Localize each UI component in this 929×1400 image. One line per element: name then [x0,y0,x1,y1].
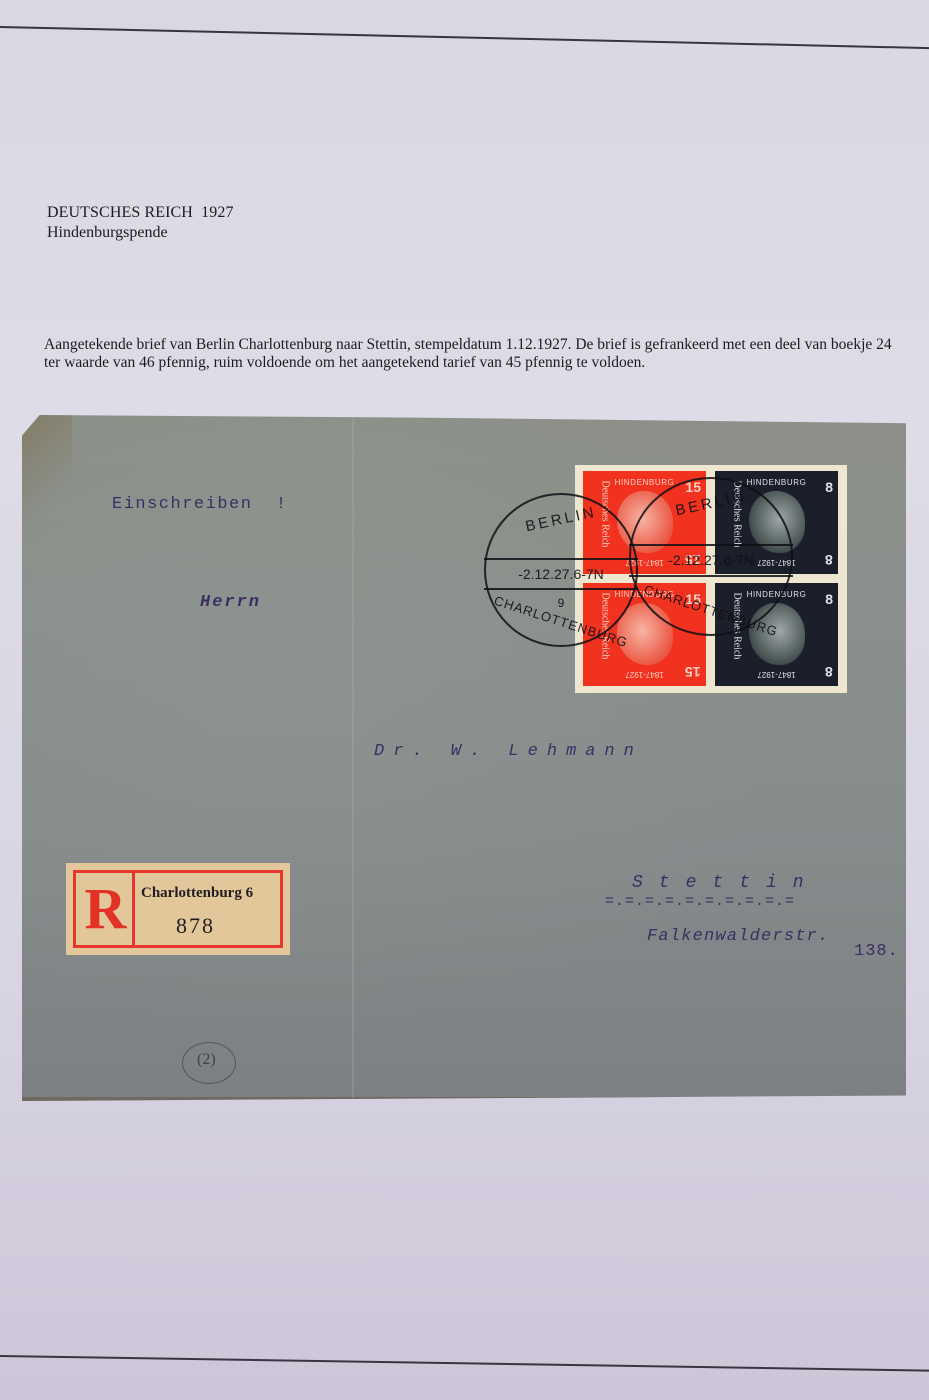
album-page-top-rule [0,26,929,49]
address-city: Stettin [632,873,820,893]
description-text: Aangetekende brief van Berlin Charlotten… [44,336,904,372]
postmark-date: -2.12.27.6-7N [486,566,636,582]
pencil-mark: (2) [182,1042,236,1084]
registration-number: 878 [176,913,215,939]
address-street: Falkenwalderstr. [647,927,829,946]
stamp-years: 1847-1927 [715,670,838,679]
envelope-fold [22,415,72,535]
postmark-left: BERLIN -2.12.27.6-7N 9 CHARLOTTENBURG [484,493,638,647]
page-subtitle: Hindenburgspende [47,223,234,243]
salutation-text: Herrn [200,593,261,612]
postmark-city: BERLIN [486,496,636,544]
stamp-value: 8 [825,591,833,607]
album-page-bottom-rule [0,1355,929,1372]
pencil-mark-text: (2) [197,1051,216,1069]
postmark-right: BERLIN -2.12.27.6-7N CHARLOTTENBURG [629,477,793,636]
addressee-name: Dr. W. Lehmann [374,742,643,761]
registered-cover: Einschreiben ! Herrn Dr. W. Lehmann Stet… [22,415,906,1101]
einschreiben-text: Einschreiben ! [112,495,288,514]
registration-r-icon: R [79,873,135,945]
envelope-crease [352,415,354,1101]
address-house-number: 138. [854,942,899,961]
registration-office: Charlottenburg 6 [141,885,253,902]
stamp-value: 8 [825,479,833,495]
city-underline: =.=.=.=.=.=.=.=.=.= [605,893,795,910]
stamp-years: 1847-1927 [583,670,706,679]
registration-label: R Charlottenburg 6 878 [66,863,290,955]
page-title: DEUTSCHES REICH 1927 [47,203,234,223]
postmark-date: -2.12.27.6-7N [631,552,791,568]
envelope-edge [22,1097,906,1101]
page-heading: DEUTSCHES REICH 1927 Hindenburgspende [47,203,234,243]
